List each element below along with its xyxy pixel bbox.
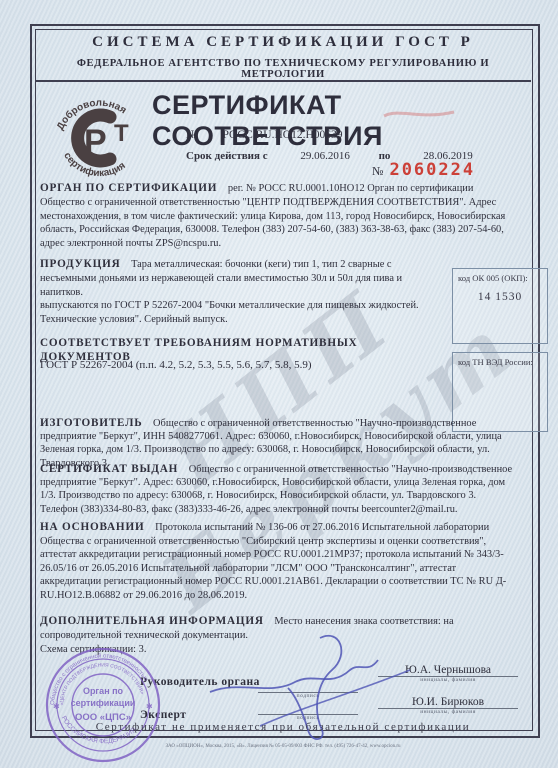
production-text2: выпускаются по ГОСТ Р 52267-2004 "Бочки … bbox=[40, 299, 442, 327]
printing-house-imprint: ЗАО «ОПЦИОН», Москва, 2015, «В». Лицензи… bbox=[36, 744, 530, 749]
section-basis: НА ОСНОВАНИИ Протокола испытаний № 136-0… bbox=[40, 521, 516, 603]
blank-number-digits: 2060224 bbox=[389, 160, 475, 180]
basis-label: НА ОСНОВАНИИ bbox=[40, 521, 144, 533]
rst-t-letter: Т bbox=[114, 120, 129, 147]
header-divider bbox=[35, 80, 531, 82]
production-label: ПРОДУКЦИЯ bbox=[40, 258, 120, 270]
section-issued-to: СЕРТИФИКАТ ВЫДАН Общество с ограниченной… bbox=[40, 463, 516, 516]
section-manufacturer: ИЗГОТОВИТЕЛЬ Общество с ограниченной отв… bbox=[40, 417, 516, 470]
additional-info-label: ДОПОЛНИТЕЛЬНАЯ ИНФОРМАЦИЯ bbox=[40, 615, 264, 627]
stamp-inner-line1: Орган по bbox=[83, 686, 124, 696]
certificate-title: СЕРТИФИКАТ СООТВЕТСТВИЯ bbox=[152, 90, 538, 152]
mandatory-certification-note: Сертификат не применяется при обязательн… bbox=[36, 721, 530, 733]
complies-text: ГОСТ Р 52267-2004 (п.п. 4.2, 5.2, 5.3, 5… bbox=[40, 359, 312, 371]
number-value: РОСС RU.НО12.Н00639 bbox=[222, 129, 342, 141]
org-label: ОРГАН ПО СЕРТИФИКАЦИИ bbox=[40, 182, 217, 194]
rst-p-letter: Р bbox=[84, 123, 107, 161]
okp-code-value: 14 1530 bbox=[458, 291, 542, 303]
svg-text:✱: ✱ bbox=[53, 702, 60, 711]
agency-line: ФЕДЕРАЛЬНОЕ АГЕНТСТВО ПО ТЕХНИЧЕСКОМУ РЕ… bbox=[36, 58, 530, 80]
basis-text: Протокола испытаний № 136-06 от 27.06.20… bbox=[40, 522, 506, 601]
number-label: № bbox=[186, 129, 198, 141]
validity-label: Срок действия с bbox=[186, 150, 268, 162]
certificate-page: НПП Беркут СИСТЕМА СЕРТИФИКАЦИИ ГОСТ Р Ф… bbox=[0, 0, 558, 768]
blank-serial-number: №2060224 bbox=[372, 160, 475, 180]
issued-to-label: СЕРТИФИКАТ ВЫДАН bbox=[40, 463, 178, 475]
svg-text:✱: ✱ bbox=[146, 702, 153, 711]
red-scribble bbox=[380, 106, 460, 124]
certificate-number-row: № РОСС RU.НО12.Н00639 bbox=[186, 129, 343, 141]
system-line: СИСТЕМА СЕРТИФИКАЦИИ ГОСТ Р bbox=[36, 34, 530, 51]
complies-gost-line: ГОСТ Р 52267-2004 (п.п. 4.2, 5.2, 5.3, 5… bbox=[40, 359, 442, 373]
okp-code-box: код ОК 005 (ОКП): 14 1530 bbox=[452, 268, 548, 344]
section-certification-body: ОРГАН ПО СЕРТИФИКАЦИИ рег. № РОСС RU.000… bbox=[40, 182, 516, 251]
blank-number-label: № bbox=[372, 164, 383, 178]
valid-from-date: 29.06.2016 bbox=[300, 150, 350, 162]
section-production: ПРОДУКЦИЯ Тара металлическая: бочонки (к… bbox=[40, 258, 442, 327]
tnved-code-label: код ТН ВЭД России: bbox=[458, 357, 533, 367]
certification-body-stamp: Общество с ограниченной ответственностью… bbox=[40, 642, 166, 768]
stamp-inner-line2: сертификации bbox=[71, 698, 136, 708]
manufacturer-label: ИЗГОТОВИТЕЛЬ bbox=[40, 417, 142, 429]
rst-logo: Добровольная сертификация Р Т bbox=[44, 85, 152, 185]
okp-code-label: код ОК 005 (ОКП): bbox=[458, 273, 528, 283]
